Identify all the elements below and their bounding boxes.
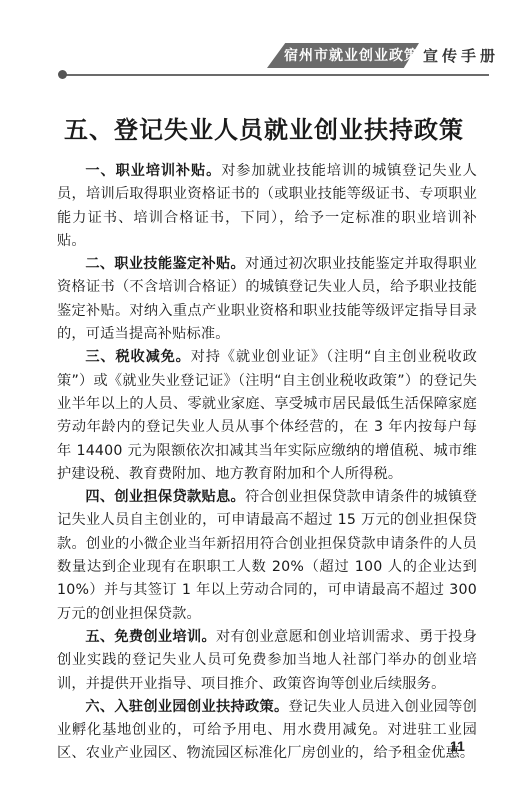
policy-section: 六、入驻创业园创业扶持政策。登记失业人员进入创业园等创业孵化基地创业的，可给予用… [57, 696, 477, 766]
section-body: 符合创业担保贷款申请条件的城镇登记失业人员自主创业的，可申请最高不超过 15 万… [57, 489, 477, 621]
policy-section: 二、职业技能鉴定补贴。对通过初次职业技能鉴定并取得职业资格证书（不含培训合格证）… [57, 253, 477, 346]
section-heading: 六、入驻创业园创业扶持政策。 [85, 699, 288, 715]
page-number: 11 [450, 738, 465, 754]
header-rule [63, 74, 489, 76]
policy-section: 一、职业培训补贴。对参加就业技能培训的城镇登记失业人员，培训后取得职业资格证书的… [57, 160, 477, 253]
page-title: 五、登记失业人员就业创业扶持政策 [0, 110, 528, 145]
rule-dot-icon [58, 70, 67, 79]
banner-title: 宿州市就业创业政策 [284, 47, 409, 65]
policy-section: 三、税收减免。对持《就业创业证》（注明“自主创业税收政策”）或《就业失业登记证》… [57, 346, 477, 486]
policy-section: 四、创业担保贷款贴息。符合创业担保贷款申请条件的城镇登记失业人员自主创业的，可申… [57, 486, 477, 626]
section-heading: 二、职业技能鉴定补贴。 [85, 256, 245, 272]
section-heading: 四、创业担保贷款贴息。 [85, 489, 245, 505]
page-header: 宿州市就业创业政策 宣传手册 [0, 0, 528, 90]
section-heading: 五、免费创业培训。 [85, 629, 216, 645]
policy-content: 一、职业培训补贴。对参加就业技能培训的城镇登记失业人员，培训后取得职业资格证书的… [57, 160, 477, 766]
section-heading: 一、职业培训补贴。 [85, 163, 221, 179]
policy-section: 五、免费创业培训。对有创业意愿和创业培训需求、勇于投身创业实践的登记失业人员可免… [57, 626, 477, 696]
section-body: 对持《就业创业证》（注明“自主创业税收政策”）或《就业失业登记证》（注明“自主创… [57, 349, 477, 481]
section-heading: 三、税收减免。 [85, 349, 190, 365]
header-subtitle: 宣传手册 [423, 45, 499, 66]
